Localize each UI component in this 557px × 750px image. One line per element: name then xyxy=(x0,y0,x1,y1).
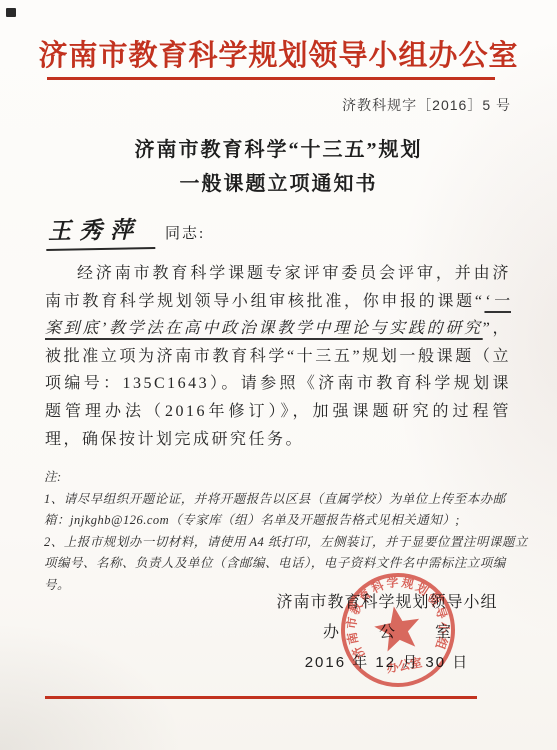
body-rest: ”，被批准立项为济南市教育科学“十三五”规划一般课题（立项编号：135C1643… xyxy=(45,320,511,447)
footer-divider xyxy=(45,696,477,699)
note-item-2: 2、上报市规划办一切材料，请使用 A4 纸打印，左侧装订，并于显要位置注明课题立… xyxy=(44,532,528,597)
signature-office: 办 公 室 xyxy=(262,618,512,648)
document-number: 济教科规字［2016］5 号 xyxy=(342,95,511,115)
scan-artifact xyxy=(6,8,16,17)
note-item-1: 1、请尽早组织开题论证，并将开题报告以区县（直属学校）为单位上传至本办邮箱：jn… xyxy=(44,489,528,532)
recipient-line: 王秀萍同志: xyxy=(46,212,205,250)
signature-date: 2016 年 12 月 30 日 xyxy=(262,648,512,678)
recipient-suffix: 同志: xyxy=(165,226,205,242)
signature-org: 济南市教育科学规划领导小组 xyxy=(262,588,512,618)
document-title: 济南市教育科学“十三五”规划 一般课题立项通知书 xyxy=(0,133,557,201)
document-page: 济南市教育科学规划领导小组办公室 济教科规字［2016］5 号 济南市教育科学“… xyxy=(0,0,557,750)
recipient-name-handwritten: 王秀萍 xyxy=(46,211,156,251)
signature-block: 济南市教育科学规划领导小组 办 公 室 2016 年 12 月 30 日 xyxy=(262,588,512,678)
body-intro: 经济南市教育科学课题专家评审委员会评审，并由济南市教育科学规划领导小组审核批准，… xyxy=(45,265,511,310)
document-title-line2: 一般课题立项通知书 xyxy=(0,167,557,201)
body-paragraph: 经济南市教育科学课题专家评审委员会评审，并由济南市教育科学规划领导小组审核批准，… xyxy=(45,260,511,453)
letterhead-org: 济南市教育科学规划领导小组办公室 xyxy=(0,33,557,74)
notes-label: 注: xyxy=(44,467,528,489)
notes-section: 注: 1、请尽早组织开题论证，并将开题报告以区县（直属学校）为单位上传至本办邮箱… xyxy=(44,467,528,596)
letterhead-divider xyxy=(47,77,495,80)
document-title-line1: 济南市教育科学“十三五”规划 xyxy=(0,133,557,167)
